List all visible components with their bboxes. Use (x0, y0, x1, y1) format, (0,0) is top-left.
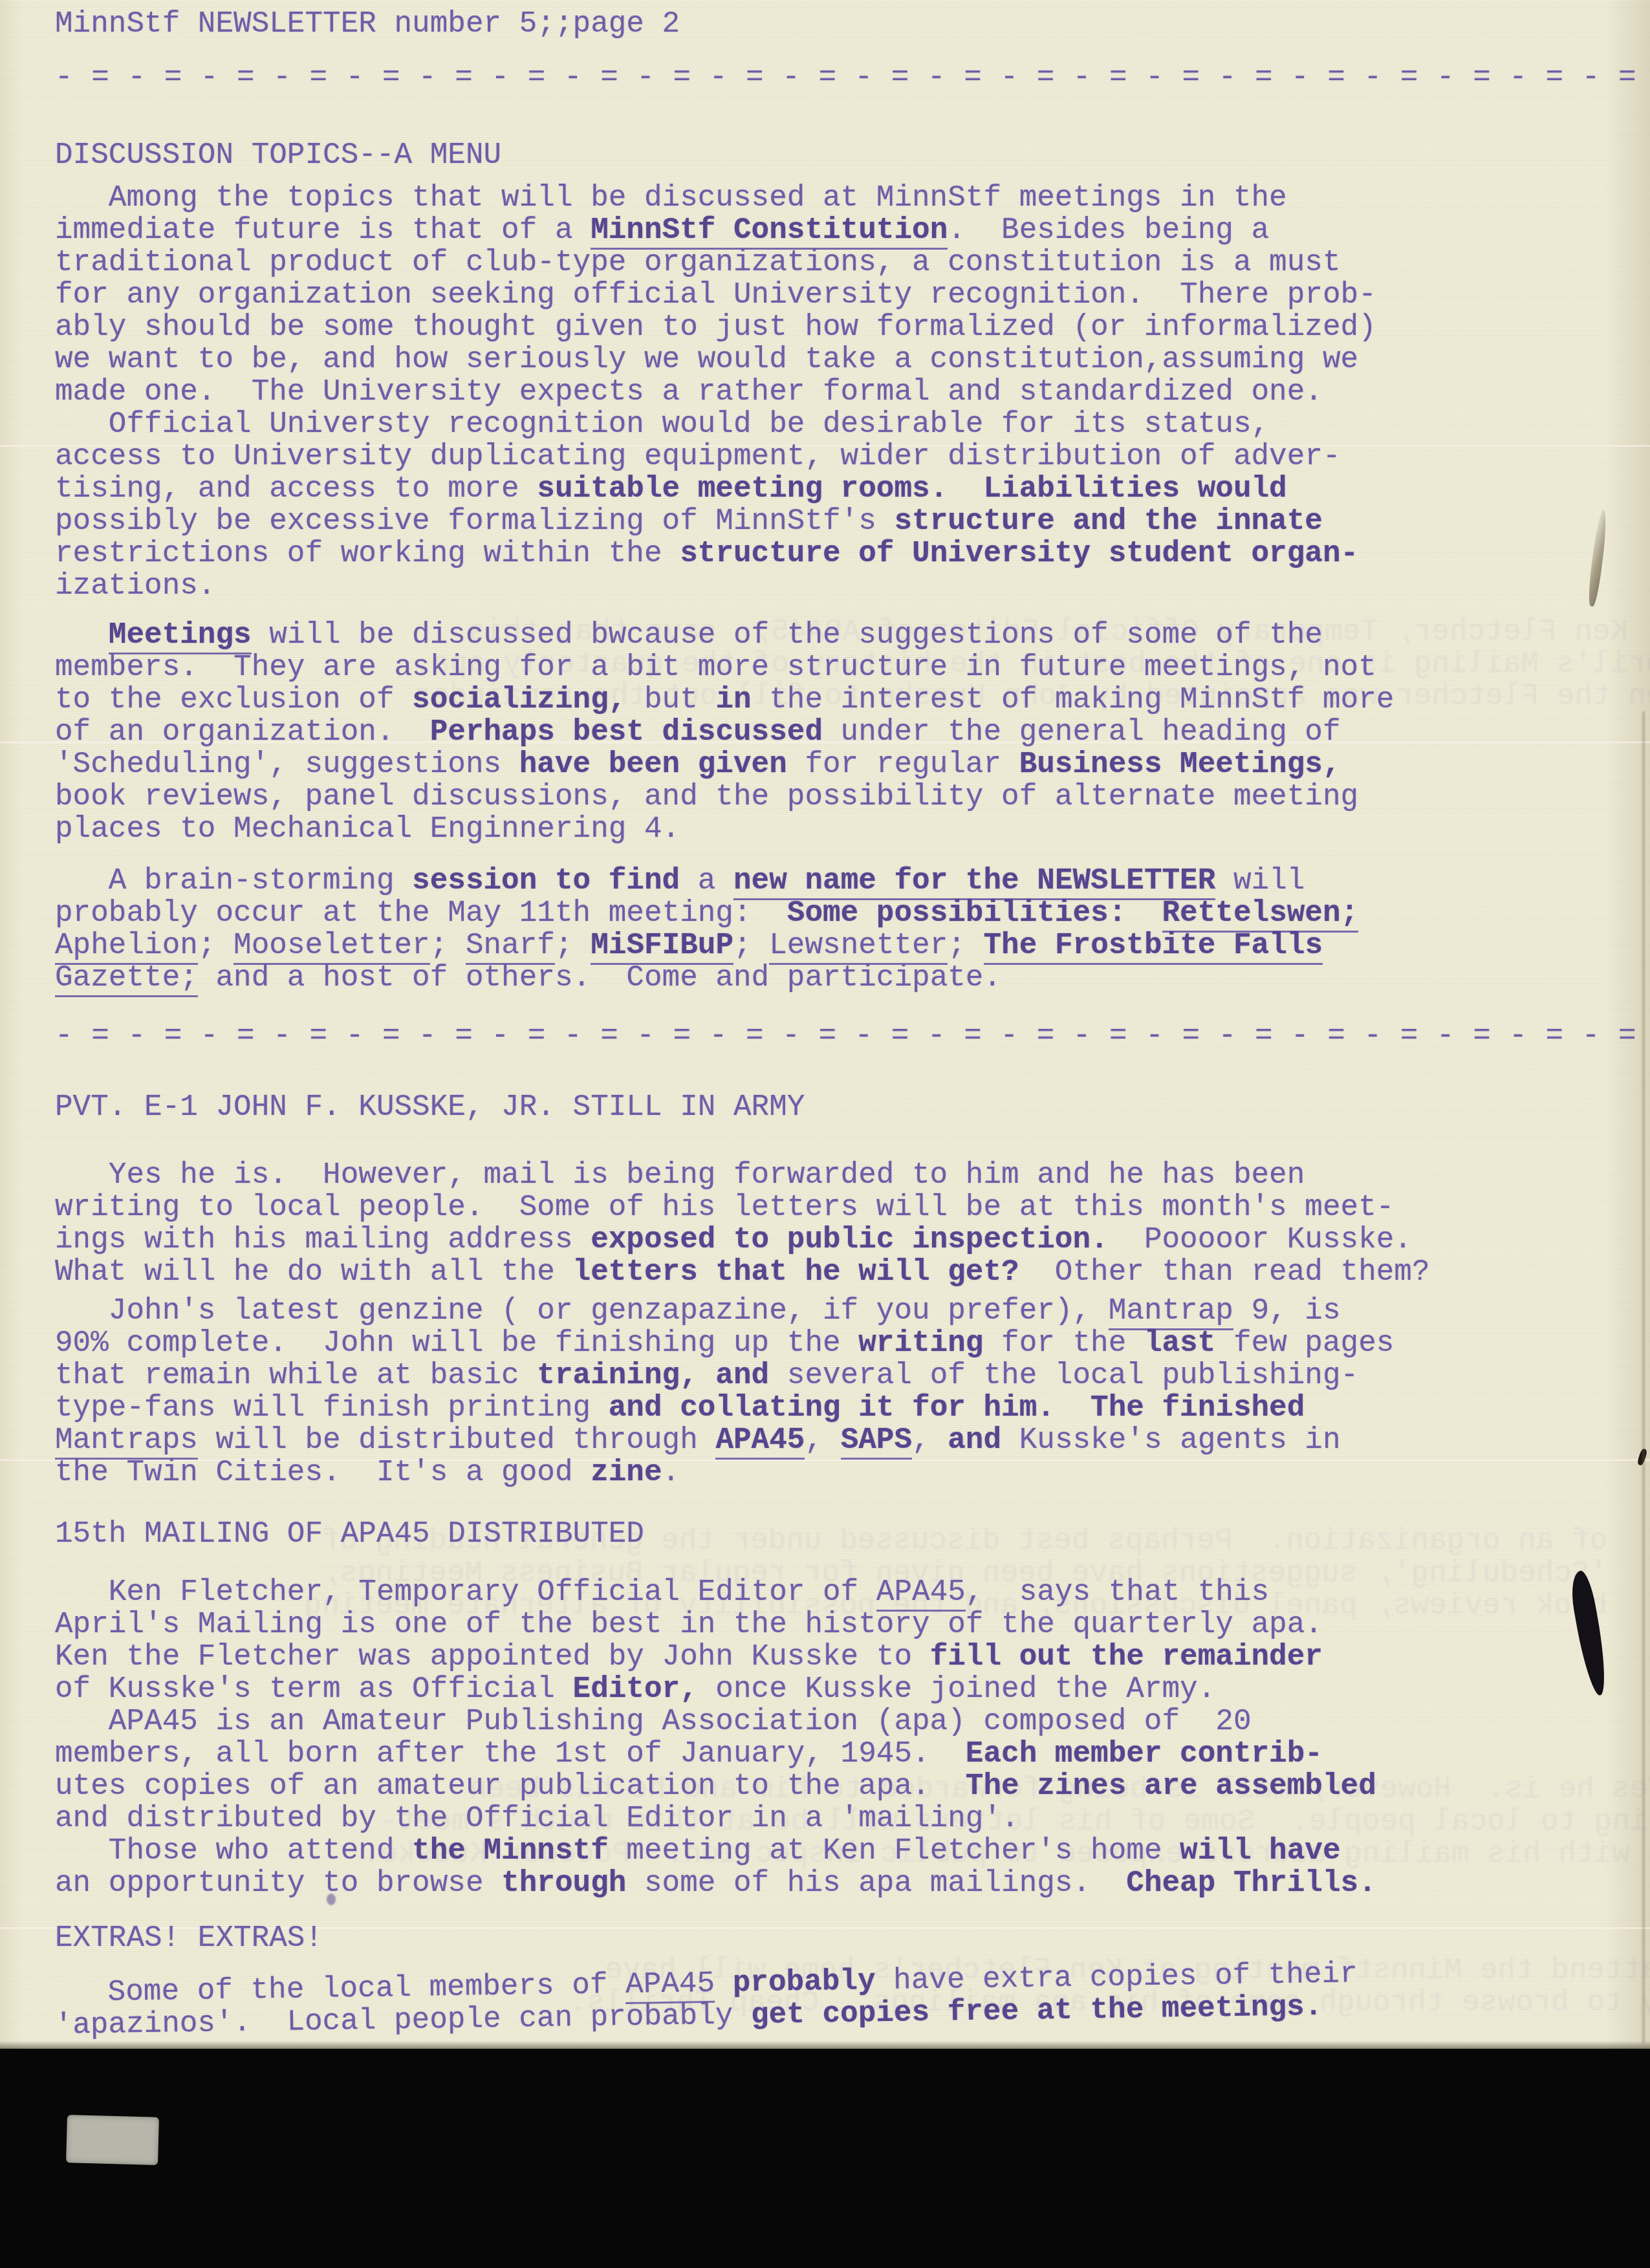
text-segment: the Minnstf (412, 1834, 609, 1868)
underlined-text: APA45 (876, 1575, 966, 1612)
text-segment: . Besides being a (948, 213, 1269, 247)
text-line: of an organization. Perhaps best discuss… (55, 716, 1637, 748)
text-segment: have been given (519, 748, 787, 781)
underlined-text: MiSFIBuP (591, 929, 733, 965)
text-segment: exposed to public inspection. (591, 1223, 1109, 1257)
underlined-text: Aphelion (55, 929, 198, 965)
underlined-text: SAPS (841, 1423, 912, 1460)
paragraph-kusske-mail: Yes he is. However, mail is being forwar… (55, 1159, 1637, 1288)
text-line: Aphelion; Mooseletter; Snarf; MiSFIBuP; … (55, 929, 1637, 962)
text-segment: 'Scheduling', suggestions (55, 748, 519, 781)
underlined-text: Lewsnetter (769, 929, 948, 965)
text-line: ably should be some thought given to jus… (55, 311, 1637, 343)
ink-blot (327, 1894, 336, 1905)
text-segment: will be distributed through (198, 1423, 716, 1457)
text-line: writing to local people. Some of his let… (55, 1191, 1637, 1224)
text-line: that remain while at basic training, and… (55, 1359, 1637, 1392)
underlined-text: Meetings (109, 618, 252, 654)
text-segment: structure of University student organ- (680, 537, 1358, 570)
paragraph-mantrap: John's latest genzine ( or genzapazine, … (55, 1295, 1637, 1489)
text-segment: will be discussed bwcause of the suggest… (252, 618, 1323, 652)
text-segment: few pages (1215, 1326, 1394, 1360)
text-segment: for the (983, 1326, 1144, 1360)
section-heading-discussion-topics: DISCUSSION TOPICS--A MENU (55, 139, 1637, 171)
text-line: restrictions of working within the struc… (55, 537, 1637, 570)
text-segment: but (626, 683, 715, 717)
text-segment: Those who attend (55, 1834, 412, 1868)
underlined-text: APA45 (715, 1423, 805, 1460)
text-segment: and (948, 1423, 1001, 1457)
text-line: book reviews, panel discussions, and the… (55, 781, 1637, 813)
text-line: 'Scheduling', suggestions have been give… (55, 748, 1637, 781)
text-segment: and collating it for him. The finished (609, 1391, 1305, 1425)
text-segment: Official Universty recognition would be … (55, 407, 1269, 441)
text-segment: immediate future is that of a (55, 213, 591, 247)
text-segment: Editor, (573, 1672, 698, 1706)
underlined-text: Gazette; (55, 961, 198, 997)
text-line: tising, and access to more suitable meet… (55, 473, 1637, 505)
text-segment: The zines are assembled (966, 1769, 1376, 1803)
text-segment: What will he do with all the (55, 1255, 573, 1289)
text-segment: once Kusske joined the Army. (698, 1672, 1216, 1706)
text-line: to the exclusion of socializing, but in … (55, 684, 1637, 716)
text-segment: a (680, 864, 733, 898)
text-segment: restrictions of working within the (55, 537, 680, 570)
text-segment: , (805, 1423, 840, 1457)
text-segment: fill out the remainder (930, 1640, 1323, 1674)
text-line: Meetings will be discussed bwcause of th… (55, 619, 1637, 651)
text-segment (55, 618, 109, 652)
text-segment: through (501, 1866, 626, 1900)
dashed-separator: - = - = - = - = - = - = - = - = - = - = … (55, 61, 1637, 94)
text-segment: . (662, 1456, 680, 1489)
text-segment: ably should be some thought given to jus… (55, 310, 1376, 344)
text-line: made one. The University expects a rathe… (55, 376, 1637, 408)
text-segment: 9, is (1233, 1294, 1341, 1328)
text-segment: for any organization seeking official Un… (55, 278, 1376, 312)
text-segment: of Kusske's term as Official (55, 1672, 573, 1706)
text-segment: 90% complete. John will be finishing up … (55, 1326, 858, 1360)
text-line: ings with his mailing address exposed to… (55, 1224, 1637, 1256)
text-segment: ; (733, 929, 769, 962)
text-segment: writing (858, 1326, 983, 1360)
text-line: Gazette; and a host of others. Come and … (55, 962, 1637, 994)
text-segment: zine (591, 1456, 662, 1489)
paragraph-apa45-description: APA45 is an Amateur Publishing Associati… (55, 1705, 1637, 1835)
paragraph-recognition: Official Universty recognition would be … (55, 408, 1637, 602)
text-line: for any organization seeking official Un… (55, 279, 1637, 311)
text-line: of Kusske's term as Official Editor, onc… (55, 1673, 1637, 1705)
paragraph-brainstorm: A brain-storming session to find a new n… (55, 865, 1637, 994)
text-segment: Each member contrib- (966, 1737, 1323, 1771)
text-line: Ken Fletcher, Temporary Official Editor … (55, 1576, 1637, 1608)
text-segment: Some possibilities: (787, 896, 1162, 930)
text-segment: under the general heading of (823, 715, 1341, 749)
paper-edge-shadow (1642, 711, 1645, 2044)
underlined-text: The Frostbite Falls (984, 929, 1323, 965)
text-segment: training, and (537, 1359, 769, 1392)
text-line: utes copies of an amateur publication to… (55, 1770, 1637, 1802)
text-line: Official Universty recognition would be … (55, 408, 1637, 440)
text-segment: ; (555, 929, 591, 962)
text-segment: izations. (55, 569, 215, 603)
paragraph-browse: Those who attend the Minnstf meeting at … (55, 1835, 1637, 1899)
text-segment: traditional product of club-type organiz… (55, 246, 1341, 279)
paragraph-constitution: Among the topics that will be discussed … (55, 182, 1637, 408)
text-segment: and distributed by the Official Editor i… (55, 1802, 1019, 1835)
text-segment: ; (948, 929, 983, 962)
text-line: and distributed by the Official Editor i… (55, 1802, 1637, 1835)
section-heading-extras: EXTRAS! EXTRAS! (55, 1922, 1637, 1954)
text-line: we want to be, and how seriously we woul… (55, 343, 1637, 376)
text-line: What will he do with all the letters tha… (55, 1256, 1637, 1288)
text-line: izations. (55, 570, 1637, 602)
paragraph-extras: Some of the local members of APA45 proba… (54, 1954, 1637, 2042)
text-line: traditional product of club-type organiz… (55, 246, 1637, 279)
underlined-text: Snarf (466, 929, 555, 965)
text-segment: Ken Fletcher, Temporary Official Editor … (55, 1575, 876, 1609)
text-line: 90% complete. John will be finishing up … (55, 1327, 1637, 1359)
text-line: members. They are asking for a bit more … (55, 651, 1637, 684)
text-line: immediate future is that of a MinnStf Co… (55, 214, 1637, 246)
text-segment: of an organization. (55, 715, 430, 749)
text-segment: , (912, 1423, 948, 1457)
text-line: type-fans will finish printing and colla… (55, 1392, 1637, 1424)
text-segment: members. They are asking for a bit more … (55, 651, 1376, 684)
dashed-separator: - = - = - = - = - = - = - = - = - = - = … (55, 1020, 1637, 1052)
text-segment: session to find (412, 864, 680, 898)
text-segment: tising, and access to more (55, 472, 537, 506)
section-heading-apa45-mailing: 15th MAILING OF APA45 DISTRIBUTED (55, 1518, 1637, 1550)
text-segment: type-fans will finish printing (55, 1391, 609, 1425)
text-segment: to the exclusion of (55, 683, 412, 717)
newsletter-body: MinnStf NEWSLETTER number 5;;page 2- = -… (0, 0, 1650, 2042)
underlined-text: Rettelswen; (1162, 896, 1359, 933)
underlined-text: MinnStf Constitution (591, 213, 948, 250)
scanned-newsletter-page: { "colors": { "ink": "#6e5da8", "ink_bol… (0, 0, 1650, 2268)
scanner-bed-tab (66, 2115, 159, 2165)
text-segment: for regular (787, 748, 1019, 781)
text-line: an opportunity to browse through some of… (55, 1867, 1637, 1899)
text-segment: meeting at Ken Fletcher's home (609, 1834, 1180, 1868)
text-segment: John's latest genzine ( or genzapazine, … (55, 1294, 1109, 1328)
text-line: Those who attend the Minnstf meeting at … (55, 1835, 1637, 1867)
text-segment: book reviews, panel discussions, and the… (55, 780, 1358, 814)
text-segment: access to University duplicating equipme… (55, 440, 1341, 473)
underlined-text: new name for the NEWSLETTER (733, 864, 1215, 900)
text-line: Mantraps will be distributed through APA… (55, 1424, 1637, 1456)
text-line: the Twin Cities. It's a good zine. (55, 1456, 1637, 1489)
text-line: possibly be excessive formalizing of Min… (55, 505, 1637, 537)
text-line: Ken the Fletcher was appointed by John K… (55, 1641, 1637, 1673)
text-segment: ings with his mailing address (55, 1223, 591, 1257)
paper-sheet: Ken Fletcher, Temporary Official Editor … (0, 0, 1650, 2049)
text-line: Among the topics that will be discussed … (55, 182, 1637, 214)
text-line: April's Mailing is one of the best in th… (55, 1608, 1637, 1641)
text-segment: some of his apa mailings. (626, 1866, 1126, 1900)
text-segment: Other than read them? (1019, 1255, 1430, 1289)
text-segment: socializing, (412, 683, 626, 717)
text-segment: Perhaps best discussed (430, 715, 823, 749)
text-segment: members, all born after the 1st of Janua… (55, 1737, 966, 1771)
text-segment: Kusske's agents in (1001, 1423, 1341, 1457)
text-line: APA45 is an Amateur Publishing Associati… (55, 1705, 1637, 1738)
section-heading-kusske: PVT. E-1 JOHN F. KUSSKE, JR. STILL IN AR… (55, 1091, 1637, 1123)
text-segment (715, 1966, 733, 2000)
text-line: John's latest genzine ( or genzapazine, … (55, 1295, 1637, 1327)
text-segment: April's Mailing is one of the best in th… (55, 1608, 1323, 1641)
text-segment: suitable meeting rooms. Liabilities woul… (537, 472, 1286, 506)
text-segment: utes copies of an amateur publication to… (55, 1769, 966, 1803)
text-segment: ; (198, 929, 233, 962)
text-segment: an opportunity to browse (55, 1866, 501, 1900)
text-segment: Cheap Thrills. (1126, 1866, 1376, 1900)
text-line: places to Mechanical Enginnering 4. (55, 813, 1637, 845)
text-segment: Among the topics that will be discussed … (55, 181, 1287, 215)
underlined-text: Mantrap (1109, 1294, 1233, 1330)
paragraph-fletcher: Ken Fletcher, Temporary Official Editor … (55, 1576, 1637, 1705)
text-segment: Pooooor Kusske. (1109, 1223, 1412, 1257)
text-segment: APA45 is an Amateur Publishing Associati… (55, 1705, 1252, 1738)
paragraph-meetings: Meetings will be discussed bwcause of th… (55, 619, 1637, 845)
text-line: members, all born after the 1st of Janua… (55, 1738, 1637, 1770)
text-segment: probably (732, 1964, 876, 2000)
text-segment: last (1144, 1326, 1215, 1360)
text-segment: A brain-storming (55, 864, 412, 898)
text-segment: will (1215, 864, 1305, 898)
text-segment: letters that he will get? (573, 1255, 1019, 1289)
text-segment: made one. The University expects a rathe… (55, 375, 1323, 409)
text-segment: structure and the innate (894, 504, 1323, 538)
text-segment: places to Mechanical Enginnering 4. (55, 812, 680, 846)
text-segment: that remain while at basic (55, 1359, 537, 1392)
text-segment: writing to local people. Some of his let… (55, 1191, 1394, 1224)
text-line: A brain-storming session to find a new n… (55, 865, 1637, 897)
text-segment: the interest of making MinnStf more (752, 683, 1395, 717)
text-line: Yes he is. However, mail is being forwar… (55, 1159, 1637, 1191)
underlined-text: Mantraps (55, 1423, 198, 1460)
text-line: probably occur at the May 11th meeting: … (55, 897, 1637, 929)
text-segment: Ken the Fletcher was appointed by John K… (55, 1640, 930, 1674)
underlined-text: Mooseletter (233, 929, 430, 965)
text-segment: will have (1180, 1834, 1340, 1868)
text-segment: ; (430, 929, 466, 962)
text-segment: , says that this (966, 1575, 1269, 1609)
text-segment: and a host of others. Come and participa… (198, 961, 1001, 995)
newsletter-title: MinnStf NEWSLETTER number 5;;page 2 (55, 8, 1637, 40)
text-segment: possibly be excessive formalizing of Min… (55, 504, 894, 538)
text-segment: we want to be, and how seriously we woul… (55, 343, 1358, 376)
text-segment: several of the local publishing- (769, 1359, 1358, 1392)
text-segment: the Twin Cities. It's a good (55, 1456, 591, 1489)
text-segment: Business Meetings, (1019, 748, 1341, 781)
text-segment: Yes he is. However, mail is being forwar… (55, 1158, 1305, 1192)
text-segment: in (715, 683, 751, 717)
text-segment: probably occur at the May 11th meeting: (55, 896, 787, 930)
text-line: access to University duplicating equipme… (55, 440, 1637, 473)
